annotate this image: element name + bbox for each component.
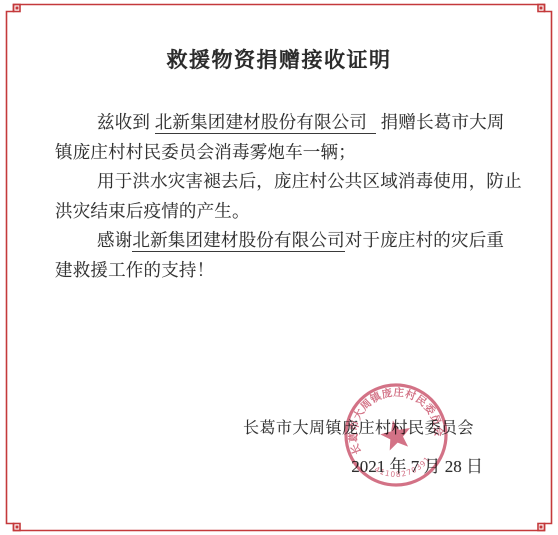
body-text-segment: 兹收到 (97, 112, 155, 132)
body-line: 用于洪水灾害褪去后，庞庄村公共区域消毒使用，防止 (55, 167, 495, 197)
body-line: 兹收到 北新集团建材股份有限公司 捐赠长葛市大周 (55, 108, 495, 138)
underlined-company-name: 北新集团建材股份有限公司 (132, 230, 344, 252)
body-text-segment: 镇庞庄村村民委员会消毒雾炮车一辆； (55, 142, 356, 162)
body-line: 建救援工作的支持！ (55, 256, 495, 286)
document-body: 兹收到 北新集团建材股份有限公司 捐赠长葛市大周镇庞庄村村民委员会消毒雾炮车一辆… (55, 108, 495, 285)
body-line: 洪灾结束后疫情的产生。 (55, 197, 495, 227)
body-text-segment: 捐赠长葛市大周 (376, 112, 504, 132)
body-text-segment: 建救援工作的支持！ (55, 260, 214, 280)
signature-organization: 长葛市大周镇庞庄村村民委员会 (243, 415, 474, 438)
body-text-segment: 洪灾结束后疫情的产生。 (55, 201, 250, 221)
body-line: 镇庞庄村村民委员会消毒雾炮车一辆； (55, 138, 495, 168)
border-corner-ornament-bottom-right (538, 515, 552, 531)
donation-certificate-document: 救援物资捐赠接收证明 兹收到 北新集团建材股份有限公司 捐赠长葛市大周镇庞庄村村… (0, 0, 558, 535)
underlined-company-name: 北新集团建材股份有限公司 (155, 112, 376, 134)
document-title: 救援物资捐赠接收证明 (0, 44, 558, 74)
signature-date: 2021 年 7 月 28 日 (351, 452, 483, 477)
border-corner-ornament-top-right (538, 5, 552, 21)
body-text-segment: 对于庞庄村的灾后重 (345, 230, 504, 250)
border-corner-ornament-top-left (7, 5, 21, 21)
body-text-segment: 感谢 (97, 230, 132, 250)
body-text-segment: 用于洪水灾害褪去后，庞庄村公共区域消毒使用，防止 (97, 171, 522, 191)
body-line: 感谢北新集团建材股份有限公司对于庞庄村的灾后重 (55, 226, 495, 256)
border-corner-ornament-bottom-left (7, 515, 21, 531)
